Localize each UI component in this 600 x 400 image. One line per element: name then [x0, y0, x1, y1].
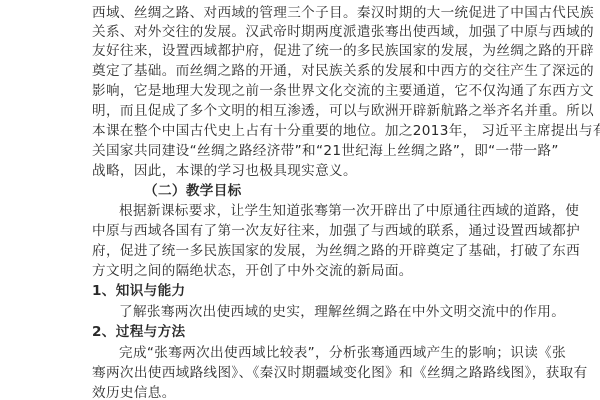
paragraph-line: 府，促进了统一多民族国家的发展，为丝绸之路的开辟奠定了基础，打破了东西 — [92, 241, 580, 261]
paragraph-line: 效历史信息。 — [92, 383, 176, 400]
paragraph-line: 战略，因此，本课的学习也极具现实意义。 — [92, 161, 357, 181]
section-heading-teaching-objectives: （二）教学目标 — [144, 181, 242, 201]
paragraph-line: 根据新课标要求，让学生知道张骞第一次开辟出了中原通往西域的道路，使 — [119, 201, 579, 221]
paragraph-line: 了解张骞两次出使西域的史实，理解丝绸之路在中外文明交流中的作用。 — [119, 302, 565, 322]
paragraph-line: 奠定了基础。而丝绸之路的开通，对民族关系的发展和中西方的交往产生了深远的 — [92, 61, 594, 81]
paragraph-line: 影响，它是地理大发现之前一条世界文化交流的主要通道，它不仅沟通了东西方文 — [92, 81, 594, 101]
paragraph-line: 方文明之间的隔绝状态，开创了中外交流的新局面。 — [92, 261, 413, 281]
subheading-process-method: 2、过程与方法 — [92, 322, 185, 342]
paragraph-line: 本课在整个中国古代史上占有十分重要的地位。加之2013年， 习近平主席提出与有 — [92, 121, 600, 141]
paragraph-line: 明，而且促成了多个文明的相互渗透，可以与欧洲开辟新航路之举齐名并重。所以 — [92, 101, 594, 121]
paragraph-line: 关系、对外交往的发展。汉武帝时期两度派遣张骞出使西域，加强了中原与西域的 — [92, 22, 594, 42]
paragraph-line: 骞两次出使西域路线图》、《秦汉时期疆域变化图》和《丝绸之路路线图》，获取有 — [92, 363, 588, 383]
paragraph-line: 关国家共同建设“丝绸之路经济带”和“21世纪海上丝绸之路”，即“一带一路” — [92, 141, 559, 161]
paragraph-line: 友好往来，设置西域都护府，促进了统一的多民族国家的发展，为丝绸之路的开辟 — [92, 41, 594, 61]
paragraph-line: 西域、丝绸之路、对西域的管理三个子目。秦汉时期的大一统促进了中国古代民族 — [92, 3, 594, 23]
paragraph-line: 完成“张骞两次出使西域比较表”，分析张骞通西域产生的影响；识读《张 — [119, 343, 566, 363]
subheading-knowledge-ability: 1、知识与能力 — [92, 281, 185, 301]
paragraph-line: 中原与西域各国有了第一次友好往来，加强了与西域的联系，通过设置西域都护 — [92, 221, 580, 241]
